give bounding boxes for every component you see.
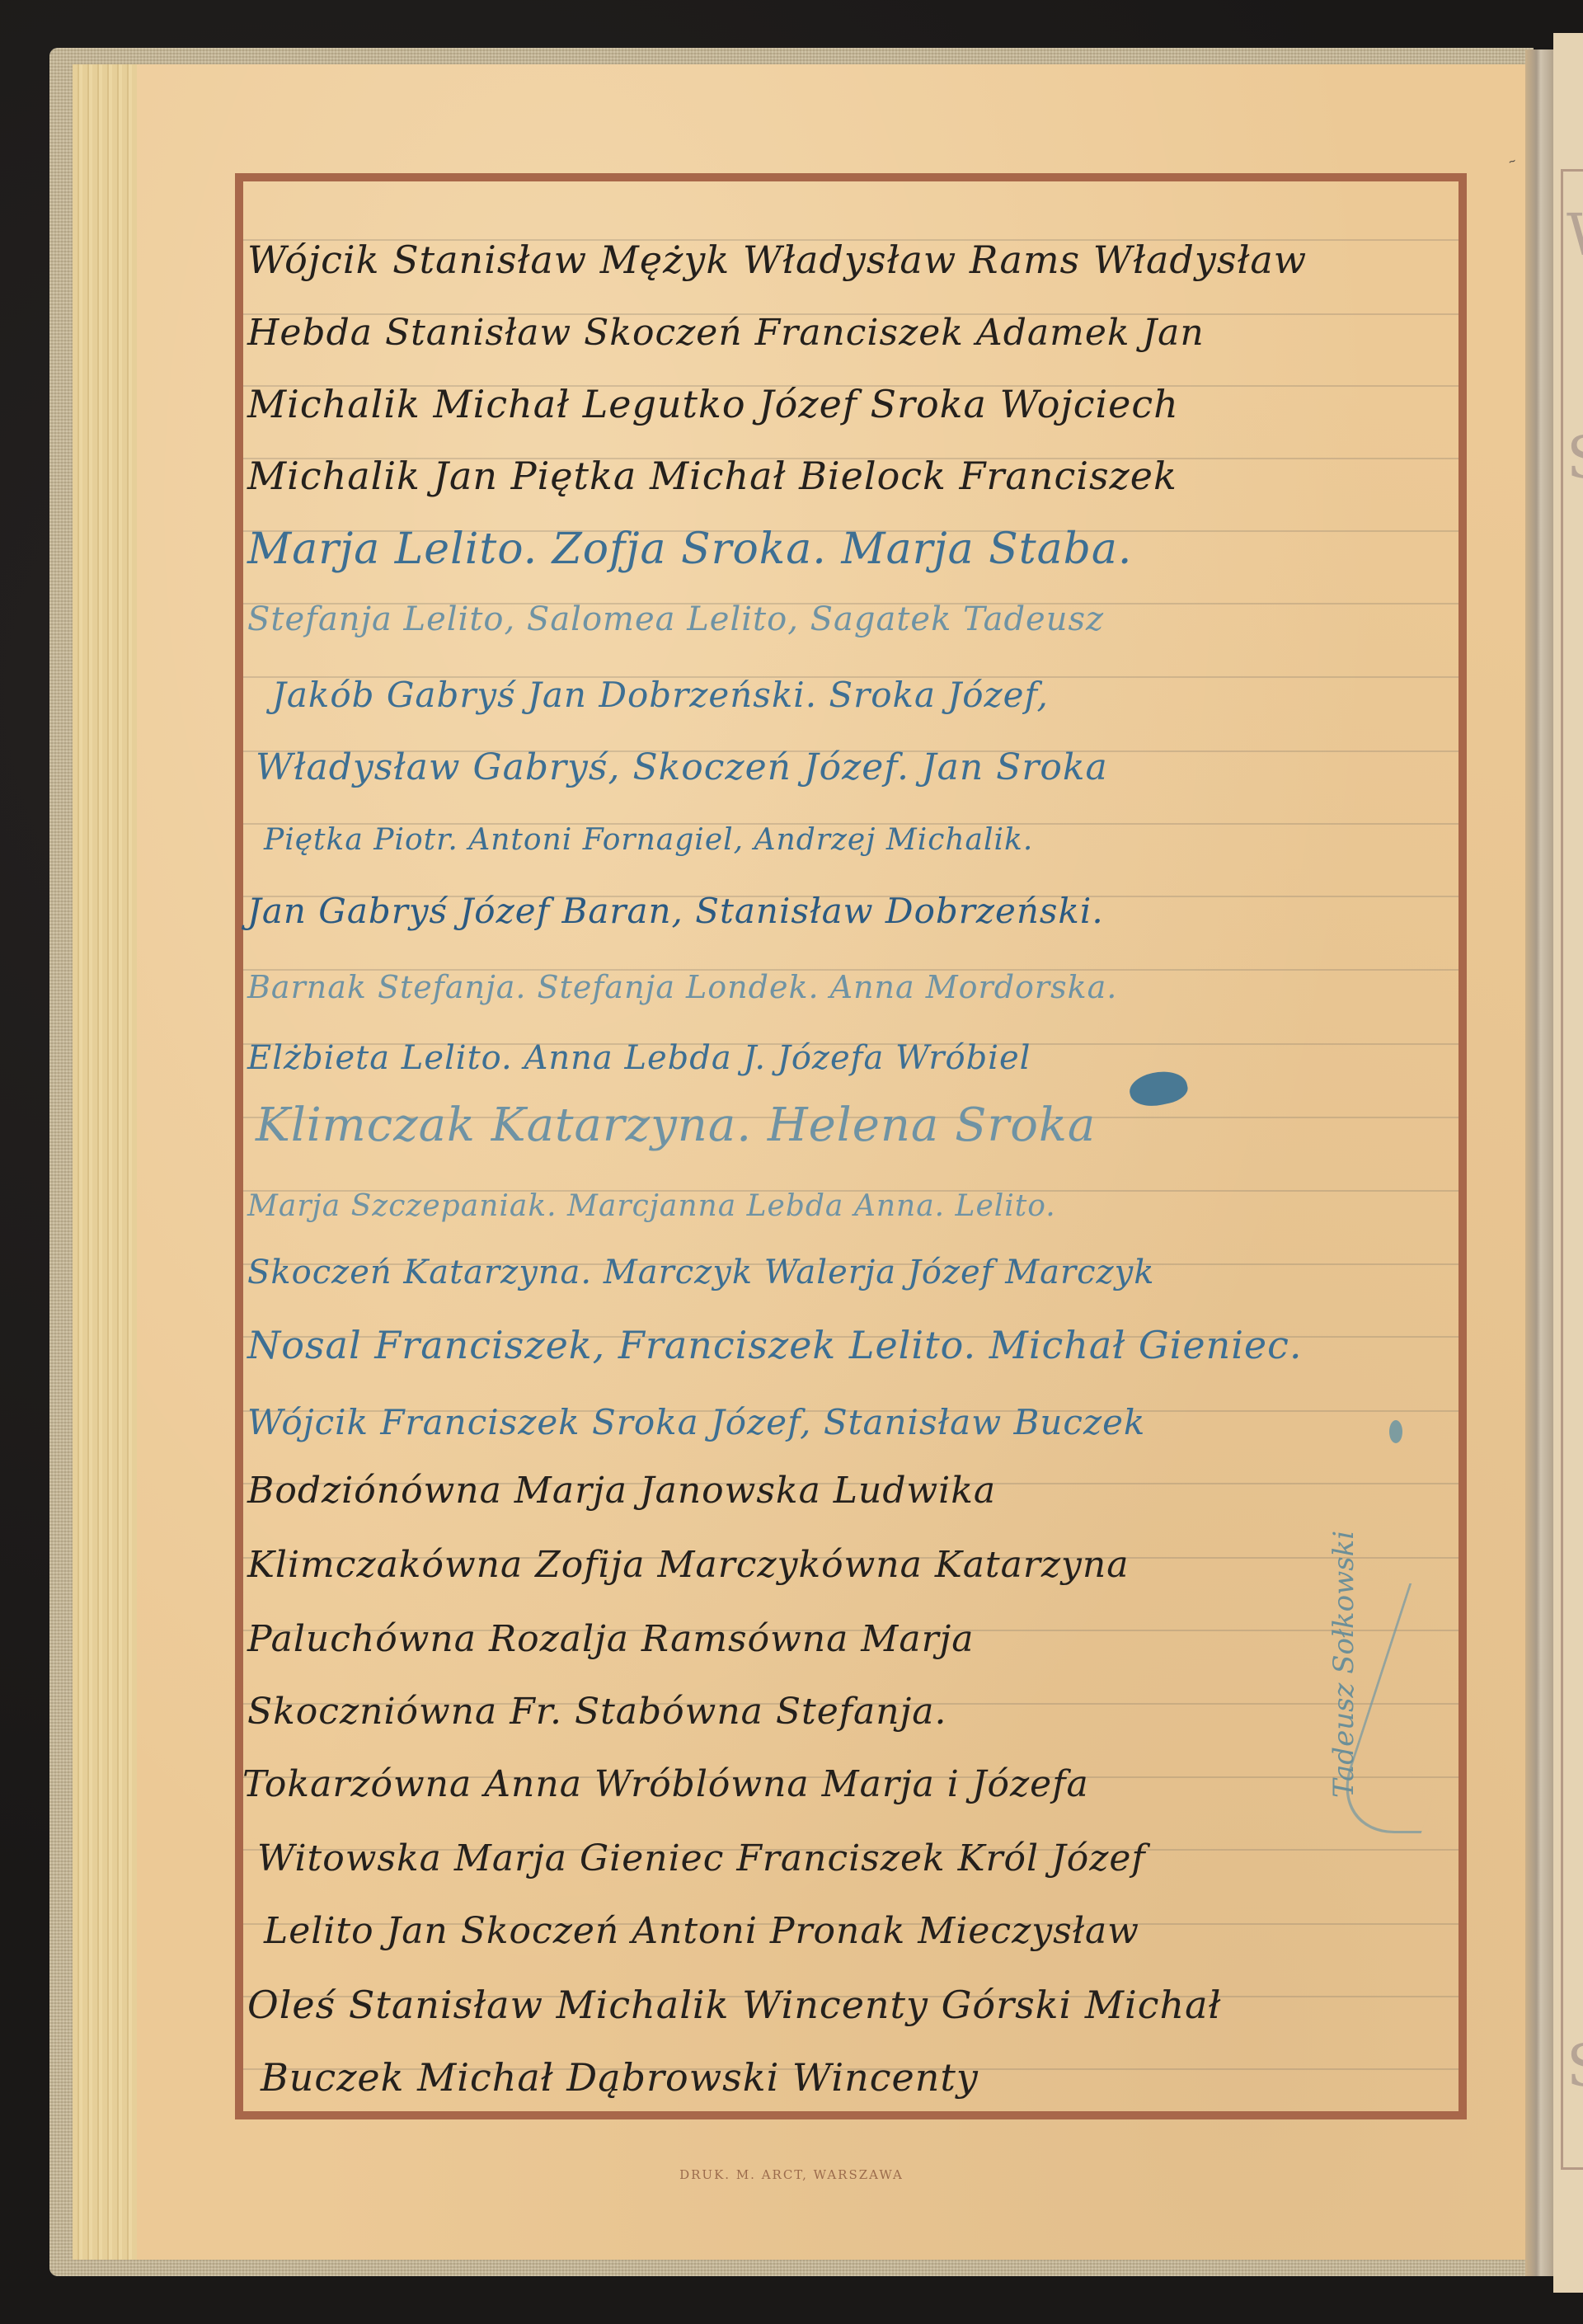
facing-page-letter: W	[1567, 206, 1583, 264]
signature-line: Hebda Stanisław Skoczeń Franciszek Adame…	[247, 312, 1205, 354]
signature-line: Wójcik Stanisław Mężyk Władysław Rams Wł…	[247, 238, 1307, 282]
facing-page-letter: S	[1567, 2037, 1583, 2095]
signature-line: Piętka Piotr. Antoni Fornagiel, Andrzej …	[264, 823, 1033, 857]
signature-line: Klimczakówna Zofija Marczykówna Katarzyn…	[247, 1544, 1129, 1586]
signature-line: Jakób Gabryś Jan Dobrzeński. Sroka Józef…	[272, 675, 1049, 715]
book-gutter	[1525, 49, 1553, 2276]
signature-line: Lelito Jan Skoczeń Antoni Pronak Mieczys…	[264, 1910, 1139, 1952]
page-edges-stack	[73, 64, 138, 2260]
printer-imprint: DRUK. M. ARCT, WARSZAWA	[0, 2167, 1583, 2182]
signature-line: Stefanja Lelito, Salomea Lelito, Sagatek…	[247, 600, 1104, 638]
signature-line: Skoczniówna Fr. Stabówna Stefanja.	[247, 1691, 947, 1733]
signature-line: Jan Gabryś Józef Baran, Stanisław Dobrze…	[247, 891, 1104, 931]
signature-line: Michalik Jan Piętka Michał Bielock Franc…	[247, 454, 1177, 498]
signature-line: Marja Lelito. Zofja Sroka. Marja Staba.	[247, 525, 1132, 574]
margin-signature: Tadeusz Sołkowski	[1327, 1531, 1360, 1798]
facing-page-letter: S	[1567, 429, 1583, 487]
signature-line: Marja Szczepaniak. Marcjanna Lebda Anna.…	[247, 1189, 1056, 1223]
signature-line: Michalik Michał Legutko Józef Sroka Wojc…	[247, 382, 1179, 426]
signature-line: Nosal Franciszek, Franciszek Lelito. Mic…	[247, 1323, 1303, 1367]
signature-line: Skoczeń Katarzyna. Marczyk Walerja Józef…	[247, 1254, 1154, 1291]
signature-line: Barnak Stefanja. Stefanja Londek. Anna M…	[247, 969, 1117, 1005]
signature-line: Klimczak Katarzyna. Helena Sroka	[256, 1098, 1096, 1152]
signature-line: Tokarzówna Anna Wróblówna Marja i Józefa	[242, 1763, 1089, 1805]
ink-spot	[1389, 1420, 1402, 1443]
signature-line: Elżbieta Lelito. Anna Lebda J. Józefa Wr…	[247, 1039, 1031, 1077]
signature-line: Paluchówna Rozalja Ramsówna Marja	[247, 1618, 975, 1660]
signature-line: Wójcik Franciszek Sroka Józef, Stanisław…	[247, 1402, 1145, 1442]
signature-line: Witowska Marja Gieniec Franciszek Król J…	[257, 1837, 1146, 1879]
signature-line: Władysław Gabryś, Skoczeń Józef. Jan Sro…	[256, 746, 1108, 788]
signature-line: Buczek Michał Dąbrowski Wincenty	[261, 2055, 979, 2100]
signature-line: Oleś Stanisław Michalik Wincenty Górski …	[247, 1983, 1221, 2027]
signature-line: Bodziónówna Marja Janowska Ludwika	[247, 1470, 996, 1512]
